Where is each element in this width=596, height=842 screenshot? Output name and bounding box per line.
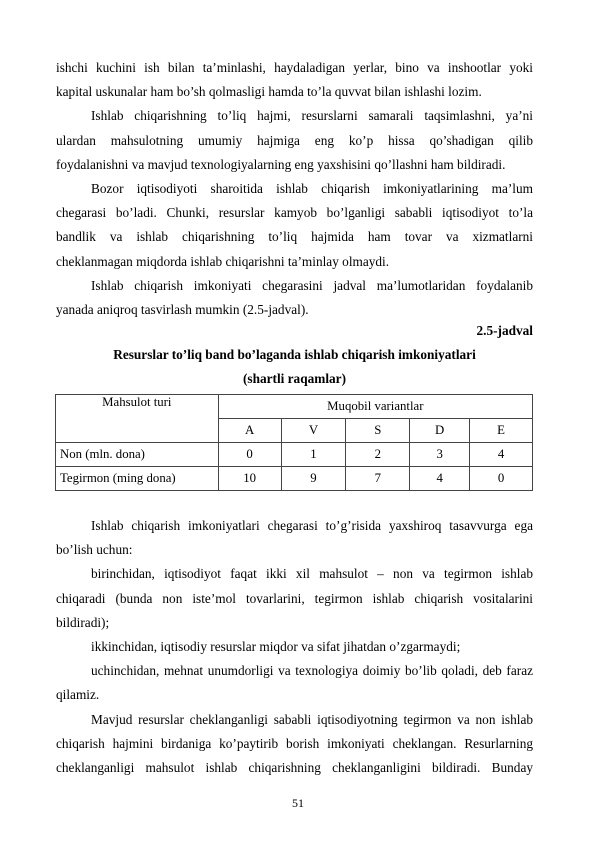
table-cell: 3: [410, 443, 470, 467]
text-line: birinchidan, iqtisodiyot faqat ikki xil …: [56, 562, 533, 586]
paragraph-1: ishchi kuchini ish bilan ta’minlashi, ha…: [56, 56, 533, 104]
text-line: kapital uskunalar ham bo’sh qolmasligi h…: [56, 80, 533, 104]
table-cell: 0: [470, 467, 533, 491]
table-subtitle: (shartli raqamlar): [56, 371, 533, 387]
text-line: cheklanmagan miqdorda ishlab chiqarishni…: [56, 250, 533, 274]
text-line: ikkinchidan, iqtisodiy resurslar miqdor …: [56, 635, 533, 659]
header-variants: Muqobil variantlar: [218, 395, 532, 419]
text-line: Mavjud resurslar cheklanganligi sababli …: [56, 708, 533, 732]
table-row: Tegirmon (ming dona) 10 9 7 4 0: [56, 467, 533, 491]
text-line: chiqarish hajmini birdaniga ko’paytirib …: [56, 732, 533, 756]
variant-header: E: [470, 419, 533, 443]
variant-header: D: [410, 419, 470, 443]
table-title: Resurslar to’liq band bo’laganda ishlab …: [56, 347, 533, 363]
row-label: Non (mln. dona): [56, 443, 219, 467]
table-row: Non (mln. dona) 0 1 2 3 4: [56, 443, 533, 467]
text-line: cheklanganligi mahsulot ishlab chiqarish…: [56, 756, 533, 780]
paragraph-3: Bozor iqtisodiyoti sharoitida ishlab chi…: [56, 177, 533, 274]
text-line: uchinchidan, mehnat unumdorligi va texno…: [56, 659, 533, 683]
text-line: chiqaradi (bunda non iste’mol tovarlarin…: [56, 587, 533, 611]
paragraph-4: Ishlab chiqarish imkoniyati chegarasini …: [56, 274, 533, 322]
text-line: Ishlab chiqarish imkoniyatlari chegarasi…: [56, 514, 533, 538]
text-line: foydalanishni va mavjud texnologiyalarni…: [56, 153, 533, 177]
text-line: chegarasi bo’ladi. Chunki, resurslar kam…: [56, 201, 533, 225]
table-cell: 2: [346, 443, 410, 467]
paragraph-7: ikkinchidan, iqtisodiy resurslar miqdor …: [56, 635, 533, 659]
document-page: ishchi kuchini ish bilan ta’minlashi, ha…: [0, 0, 596, 842]
text-line: yanada aniqroq tasvirlash mumkin (2.5-ja…: [56, 298, 533, 322]
page-number: 51: [0, 796, 596, 811]
text-line: bo’lish uchun:: [56, 538, 533, 562]
text-line: Ishlab chiqarish imkoniyati chegarasini …: [56, 274, 533, 298]
table-cell: 7: [346, 467, 410, 491]
text-line: ulardan mahsulotning umumiy hajmiga eng …: [56, 129, 533, 153]
text-line: qilamiz.: [56, 683, 533, 707]
text-line: Bozor iqtisodiyoti sharoitida ishlab chi…: [56, 177, 533, 201]
paragraph-9: Mavjud resurslar cheklanganligi sababli …: [56, 708, 533, 781]
text-line: Ishlab chiqarishning to’liq hajmi, resur…: [56, 104, 533, 128]
variant-header: V: [281, 419, 346, 443]
variant-header: A: [218, 419, 281, 443]
paragraph-5: Ishlab chiqarish imkoniyatlari chegarasi…: [56, 514, 533, 562]
text-line: bildiradi);: [56, 611, 533, 635]
paragraph-6: birinchidan, iqtisodiyot faqat ikki xil …: [56, 562, 533, 635]
table-cell: 10: [218, 467, 281, 491]
row-label: Tegirmon (ming dona): [56, 467, 219, 491]
paragraph-8: uchinchidan, mehnat unumdorligi va texno…: [56, 659, 533, 707]
header-product-type: Mahsulot turi: [56, 395, 219, 443]
text-line: ishchi kuchini ish bilan ta’minlashi, ha…: [56, 56, 533, 80]
variant-header: S: [346, 419, 410, 443]
table-cell: 9: [281, 467, 346, 491]
table-cell: 4: [470, 443, 533, 467]
table-cell: 0: [218, 443, 281, 467]
table-cell: 1: [281, 443, 346, 467]
production-possibilities-table: Mahsulot turi Muqobil variantlar A V S D…: [55, 394, 533, 491]
table-label: 2.5-jadval: [476, 323, 533, 339]
table-cell: 4: [410, 467, 470, 491]
text-line: bandlik va ishlab chiqarishning to’liq h…: [56, 225, 533, 249]
paragraph-2: Ishlab chiqarishning to’liq hajmi, resur…: [56, 104, 533, 177]
